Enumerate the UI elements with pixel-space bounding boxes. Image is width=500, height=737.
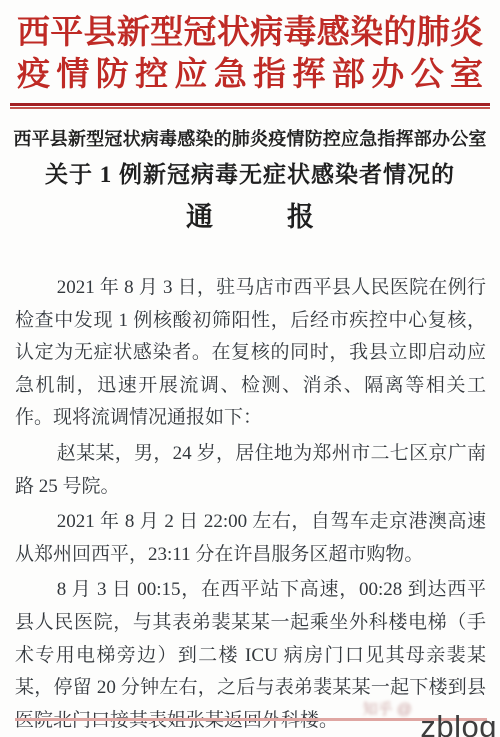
letterhead-line-2: 疫情防控应急指挥部办公室 bbox=[17, 54, 483, 96]
red-divider-rule bbox=[10, 103, 490, 109]
body-paragraph-1: 2021 年 8 月 3 日，驻马店市西平县人民医院在例行检查中发现 1 例核酸… bbox=[15, 272, 486, 435]
title-line-1: 西平县新型冠状病毒感染的肺炎疫情防控应急指挥部办公室 bbox=[0, 126, 500, 152]
faint-social-watermark: 知乎 @ bbox=[363, 698, 412, 719]
notice-body: 2021 年 8 月 3 日，驻马店市西平县人民医院在例行检查中发现 1 例核酸… bbox=[0, 272, 500, 737]
body-paragraph-2: 赵某某，男，24 岁，居住地为郑州市二七区京广南路 25 号院。 bbox=[15, 438, 486, 503]
body-paragraph-3: 2021 年 8 月 2 日 22:00 左右，自驾车走京港澳高速从郑州回西平，… bbox=[15, 506, 486, 571]
notice-word: 通 报 bbox=[0, 199, 500, 235]
document-page: 西平县新型冠状病毒感染的肺炎 疫情防控应急指挥部办公室 西平县新型冠状病毒感染的… bbox=[0, 0, 500, 737]
letterhead-line-1: 西平县新型冠状病毒感染的肺炎 bbox=[17, 12, 483, 54]
zblog-watermark: zblog bbox=[420, 709, 497, 737]
document-title: 西平县新型冠状病毒感染的肺炎疫情防控应急指挥部办公室 关于 1 例新冠病毒无症状… bbox=[0, 126, 500, 235]
letterhead: 西平县新型冠状病毒感染的肺炎 疫情防控应急指挥部办公室 bbox=[0, 12, 500, 96]
footer-pink-rule bbox=[15, 718, 487, 721]
body-paragraph-4: 8 月 3 日 00:15，在西平站下高速，00:28 到达西平县人民医院，与其… bbox=[15, 574, 486, 737]
title-line-2: 关于 1 例新冠病毒无症状感染者情况的 bbox=[0, 159, 500, 191]
notice-char-tong: 通 bbox=[186, 199, 213, 235]
notice-char-bao: 报 bbox=[287, 199, 314, 235]
